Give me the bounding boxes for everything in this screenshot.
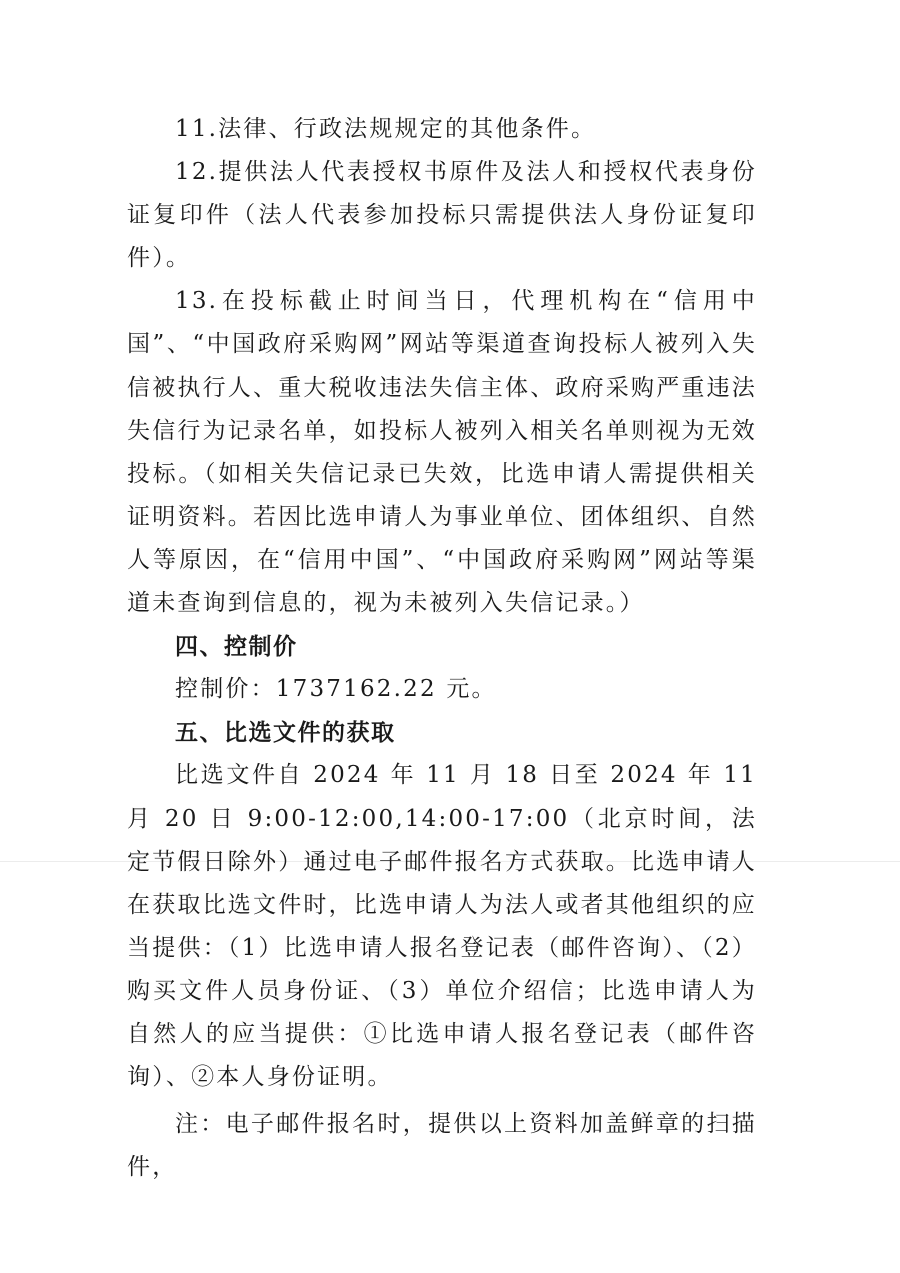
clause-13: 13.在投标截止时间当日，代理机构在“信用中国”、“中国政府采购网”网站等渠道查… xyxy=(127,280,757,625)
email-registration-note: 注：电子邮件报名时，提供以上资料加盖鲜章的扫描件， xyxy=(127,1103,757,1189)
clause-11: 11.法律、行政法规规定的其他条件。 xyxy=(127,108,757,151)
document-acquisition-text: 比选文件自 2024 年 11 月 18 日至 2024 年 11 月 20 日… xyxy=(127,754,757,1099)
section-5-heading: 五、比选文件的获取 xyxy=(127,711,757,754)
control-price-text: 控制价：1737162.22 元。 xyxy=(127,668,757,711)
document-page: 11.法律、行政法规规定的其他条件。 12.提供法人代表授权书原件及法人和授权代… xyxy=(127,108,757,1189)
section-4-heading: 四、控制价 xyxy=(127,625,757,668)
clause-12: 12.提供法人代表授权书原件及法人和授权代表身份证复印件（法人代表参加投标只需提… xyxy=(127,151,757,280)
